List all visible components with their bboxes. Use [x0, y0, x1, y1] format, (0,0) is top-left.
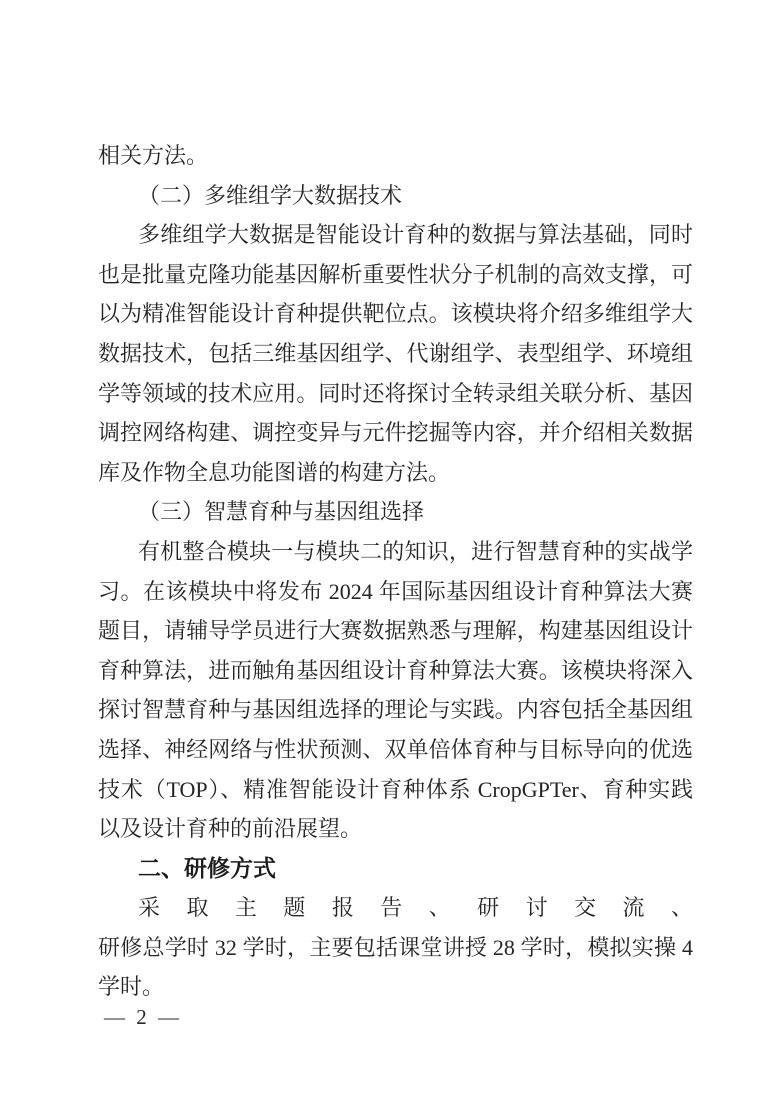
paragraph-line: 也是批量克隆功能基因解析重要性状分子机制的高效支撑，可 [98, 255, 693, 295]
paragraph-line: 库及作物全息功能图谱的构建方法。 [98, 453, 693, 493]
page-number: — 2 — [104, 1002, 182, 1032]
section-heading: 二、研修方式 [98, 849, 693, 889]
paragraph-line: 学等领域的技术应用。同时还将探讨全转录组关联分析、基因 [98, 374, 693, 414]
paragraph-line: 以及设计育种的前沿展望。 [98, 809, 693, 849]
paragraph-line: 以为精准智能设计育种提供靶位点。该模块将介绍多维组学大 [98, 294, 693, 334]
paragraph-line: 题目，请辅导学员进行大赛数据熟悉与理解，构建基因组设计 [98, 611, 693, 651]
document-page: 相关方法。 （二）多维组学大数据技术 多维组学大数据是智能设计育种的数据与算法基… [0, 0, 774, 1102]
paragraph-line: 数据技术，包括三维基因组学、代谢组学、表型组学、环境组 [98, 334, 693, 374]
paragraph-line: 选择、神经网络与性状预测、双单倍体育种与目标导向的优选 [98, 730, 693, 770]
paragraph-line: 习。在该模块中将发布 2024 年国际基因组设计育种算法大赛 [98, 572, 693, 612]
paragraph-line: 技术（TOP）、精准智能设计育种体系 CropGPTer、育种实践 [98, 770, 693, 810]
paragraph-line: 相关方法。 [98, 136, 693, 176]
document-body: 相关方法。 （二）多维组学大数据技术 多维组学大数据是智能设计育种的数据与算法基… [98, 136, 693, 1007]
paragraph-line: 育种算法，进而触角基因组设计育种算法大赛。该模块将深入 [98, 651, 693, 691]
paragraph-line: 调控网络构建、调控变异与元件挖掘等内容，并介绍相关数据 [98, 413, 693, 453]
paragraph-line: 研修总学时 32 学时，主要包括课堂讲授 28 学时，模拟实操 4 [98, 928, 693, 968]
subsection-heading: （三）智慧育种与基因组选择 [98, 492, 693, 532]
paragraph-line: 多维组学大数据是智能设计育种的数据与算法基础，同时 [98, 215, 693, 255]
paragraph-line: 探讨智慧育种与基因组选择的理论与实践。内容包括全基因组 [98, 690, 693, 730]
paragraph-line: 采取主题报告、研讨交流、模拟实操等多种方式开展研修。 [98, 888, 693, 928]
paragraph-line: 有机整合模块一与模块二的知识，进行智慧育种的实战学 [98, 532, 693, 572]
subsection-heading: （二）多维组学大数据技术 [98, 176, 693, 216]
paragraph-line: 学时。 [98, 967, 693, 1007]
